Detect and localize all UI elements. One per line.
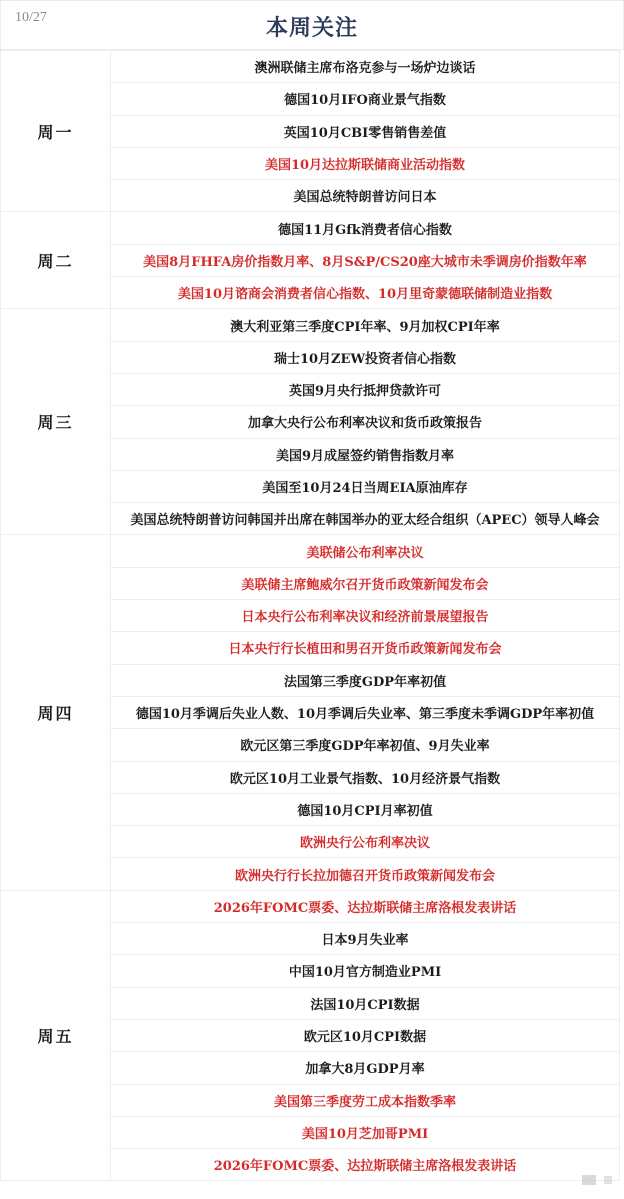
day-label: 周一 xyxy=(1,51,111,212)
event-item-highlighted: 美国10月达拉斯联储商业活动指数 xyxy=(111,147,620,179)
table-row: 周四美联储公布利率决议 xyxy=(1,535,620,567)
table-row: 周三澳大利亚第三季度CPI年率、9月加权CPI年率 xyxy=(1,309,620,341)
event-item-highlighted: 美国8月FHFA房价指数月率、8月S&P/CS20座大城市未季调房价指数年率 xyxy=(111,244,620,276)
events-table-body: 周一澳洲联储主席布洛克参与一场炉边谈话德国10月IFO商业景气指数英国10月CB… xyxy=(1,51,620,1181)
weekly-calendar-page: 10/27 本周关注 周一澳洲联储主席布洛克参与一场炉边谈话德国10月IFO商业… xyxy=(0,0,624,1199)
day-label: 周二 xyxy=(1,212,111,309)
event-item: 法国10月CPI数据 xyxy=(111,987,620,1019)
event-item-highlighted: 2026年FOMC票委、达拉斯联储主席洛根发表讲话 xyxy=(111,890,620,922)
event-item: 德国10月季调后失业人数、10月季调后失业率、第三季度未季调GDP年率初值 xyxy=(111,696,620,728)
table-row: 周二德国11月Gfk消费者信心指数 xyxy=(1,212,620,244)
table-row: 周五2026年FOMC票委、达拉斯联储主席洛根发表讲话 xyxy=(1,890,620,922)
event-item-highlighted: 日本央行公布利率决议和经济前景展望报告 xyxy=(111,600,620,632)
event-item: 美国至10月24日当周EIA原油库存 xyxy=(111,470,620,502)
event-item-highlighted: 欧洲央行公布利率决议 xyxy=(111,826,620,858)
event-item: 英国10月CBI零售销售差值 xyxy=(111,115,620,147)
event-item: 法国第三季度GDP年率初值 xyxy=(111,664,620,696)
event-item: 欧元区10月CPI数据 xyxy=(111,1019,620,1051)
event-item: 美国总统特朗普访问韩国并出席在韩国举办的亚太经合组织（APEC）领导人峰会 xyxy=(111,503,620,535)
weekly-events-table: 周一澳洲联储主席布洛克参与一场炉边谈话德国10月IFO商业景气指数英国10月CB… xyxy=(0,50,620,1181)
event-item: 欧元区10月工业景气指数、10月经济景气指数 xyxy=(111,761,620,793)
event-item: 美国总统特朗普访问日本 xyxy=(111,180,620,212)
header: 10/27 本周关注 xyxy=(0,0,624,50)
watermark xyxy=(582,1175,612,1185)
watermark-mark-icon xyxy=(582,1175,596,1185)
event-item: 德国10月CPI月率初值 xyxy=(111,793,620,825)
event-item: 瑞士10月ZEW投资者信心指数 xyxy=(111,341,620,373)
event-item-highlighted: 欧洲央行行长拉加德召开货币政策新闻发布会 xyxy=(111,858,620,890)
event-item-highlighted: 美国10月芝加哥PMI xyxy=(111,1116,620,1148)
event-item: 德国11月Gfk消费者信心指数 xyxy=(111,212,620,244)
day-label: 周五 xyxy=(1,890,111,1181)
event-item: 加拿大央行公布利率决议和货币政策报告 xyxy=(111,406,620,438)
event-item-highlighted: 美联储公布利率决议 xyxy=(111,535,620,567)
event-item-highlighted: 日本央行行长植田和男召开货币政策新闻发布会 xyxy=(111,632,620,664)
page-title: 本周关注 xyxy=(1,11,623,42)
table-row: 周一澳洲联储主席布洛克参与一场炉边谈话 xyxy=(1,51,620,83)
event-item: 澳洲联储主席布洛克参与一场炉边谈话 xyxy=(111,51,620,83)
event-item: 欧元区第三季度GDP年率初值、9月失业率 xyxy=(111,729,620,761)
event-item: 日本9月失业率 xyxy=(111,923,620,955)
event-item: 中国10月官方制造业PMI xyxy=(111,955,620,987)
day-label: 周四 xyxy=(1,535,111,890)
event-item-highlighted: 美国10月谘商会消费者信心指数、10月里奇蒙德联储制造业指数 xyxy=(111,277,620,309)
event-item: 英国9月央行抵押贷款许可 xyxy=(111,373,620,405)
event-item-highlighted: 美国第三季度劳工成本指数季率 xyxy=(111,1084,620,1116)
day-label: 周三 xyxy=(1,309,111,535)
event-item: 美国9月成屋签约销售指数月率 xyxy=(111,438,620,470)
event-item: 澳大利亚第三季度CPI年率、9月加权CPI年率 xyxy=(111,309,620,341)
event-item-highlighted: 美联储主席鲍威尔召开货币政策新闻发布会 xyxy=(111,567,620,599)
watermark-mark-icon xyxy=(604,1176,612,1184)
event-item-highlighted: 2026年FOMC票委、达拉斯联储主席洛根发表讲话 xyxy=(111,1149,620,1181)
event-item: 德国10月IFO商业景气指数 xyxy=(111,83,620,115)
event-item: 加拿大8月GDP月率 xyxy=(111,1052,620,1084)
